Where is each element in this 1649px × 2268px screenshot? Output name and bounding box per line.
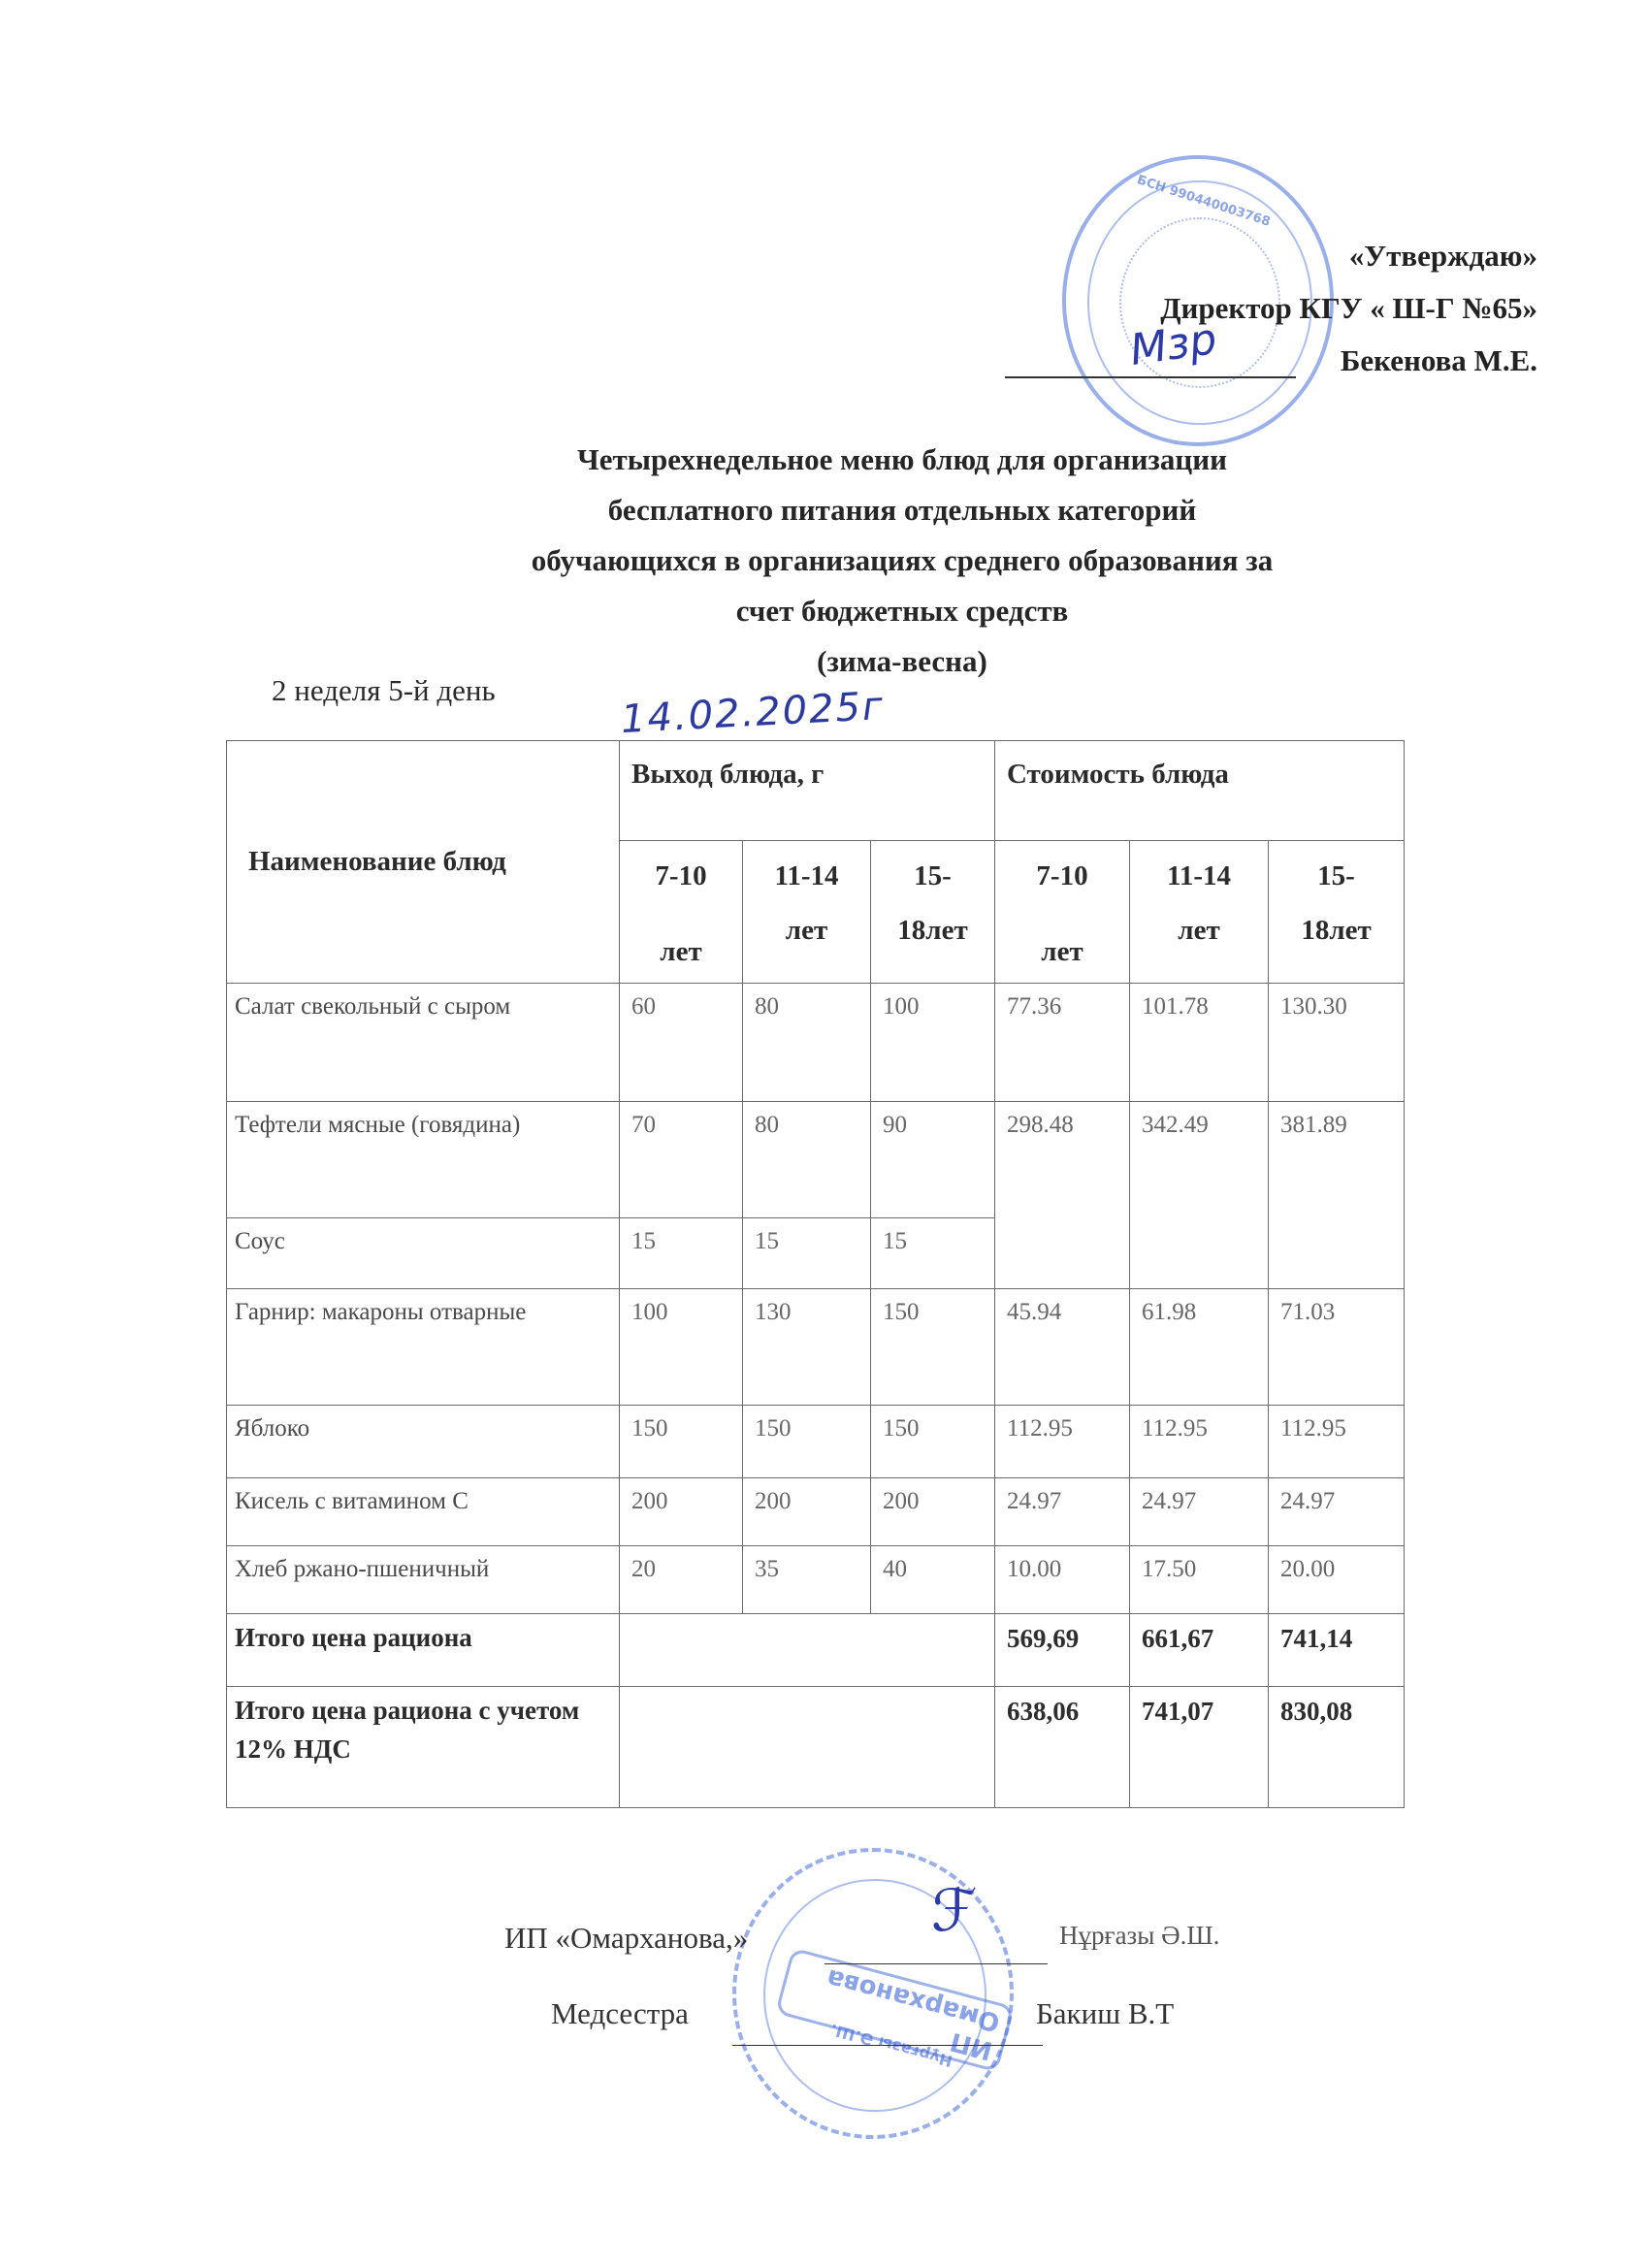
dish-cost: 101.78 (1130, 984, 1269, 1102)
age-unit: 18лет (1269, 903, 1404, 957)
dish-cost: 381.89 (1269, 1102, 1405, 1289)
age-range: 15- (871, 849, 994, 903)
week-day-label: 2 неделя 5-й день (272, 673, 496, 708)
approval-director-name: Бекенова М.Е. (1341, 345, 1537, 375)
document-title: Четырехнедельное меню блюд для организац… (369, 435, 1436, 687)
dish-yield: 70 (620, 1102, 743, 1218)
dish-yield: 35 (743, 1546, 871, 1614)
dish-yield: 60 (620, 984, 743, 1102)
supplier-signature: ℱ (931, 1877, 977, 1945)
dish-cost: 24.97 (1269, 1478, 1405, 1546)
header-age-5: 15-18лет (1269, 841, 1405, 984)
dish-yield: 130 (743, 1289, 871, 1406)
dish-name: Тефтели мясные (говядина) (227, 1102, 620, 1218)
dish-name: Гарнир: макароны отварные (227, 1289, 620, 1406)
age-unit: лет (620, 924, 742, 979)
dish-yield: 40 (871, 1546, 995, 1614)
director-signature-line (1005, 376, 1296, 378)
age-unit: 18лет (871, 903, 994, 957)
dish-cost: 71.03 (1269, 1289, 1405, 1406)
dish-name: Соус (227, 1218, 620, 1289)
table-row: Кисель с витамином С20020020024.9724.972… (227, 1478, 1405, 1546)
total-empty-cell (620, 1687, 995, 1808)
total-value: 638,06 (995, 1687, 1130, 1808)
supplier-representative: Нұрғазы Ә.Ш. (1059, 1921, 1219, 1951)
dish-yield: 150 (620, 1406, 743, 1478)
title-line: обучающихся в организациях среднего обра… (369, 535, 1436, 586)
supplier-label: ИП «Омарханова,» (504, 1921, 748, 1956)
dish-name: Хлеб ржано-пшеничный (227, 1546, 620, 1614)
dish-yield: 200 (743, 1478, 871, 1546)
dish-name: Кисель с витамином С (227, 1478, 620, 1546)
dish-cost: 20.00 (1269, 1546, 1405, 1614)
dish-yield: 150 (743, 1406, 871, 1478)
menu-table: Наименование блюд Выход блюда, г Стоимос… (226, 740, 1405, 1808)
age-unit: лет (743, 903, 870, 957)
header-age-0: 7-10лет (620, 841, 743, 984)
header-dish-name: Наименование блюд (227, 741, 620, 984)
total-row: Итого цена рациона569,69661,67741,14 (227, 1614, 1405, 1687)
title-line: счет бюджетных средств (369, 586, 1436, 636)
total-value: 830,08 (1269, 1687, 1405, 1808)
header-age-3: 7-10лет (995, 841, 1130, 984)
dish-cost: 112.95 (1130, 1406, 1269, 1478)
dish-cost: 24.97 (1130, 1478, 1269, 1546)
dish-cost: 342.49 (1130, 1102, 1269, 1289)
dish-cost: 112.95 (995, 1406, 1130, 1478)
title-line: Четырехнедельное меню блюд для организац… (369, 435, 1436, 485)
total-label: Итого цена рациона с учетом 12% НДС (227, 1687, 620, 1808)
dish-yield: 20 (620, 1546, 743, 1614)
age-range: 15- (1269, 849, 1404, 903)
age-range: 7-10 (995, 849, 1129, 903)
table-row: Яблоко150150150112.95112.95112.95 (227, 1406, 1405, 1478)
nurse-signature-line (732, 2045, 1043, 2046)
total-value: 661,67 (1130, 1614, 1269, 1687)
dish-yield: 80 (743, 1102, 871, 1218)
dish-cost: 298.48 (995, 1102, 1130, 1289)
age-range: 11-14 (1130, 849, 1268, 903)
dish-yield: 100 (620, 1289, 743, 1406)
dish-yield: 15 (620, 1218, 743, 1289)
dish-yield: 150 (871, 1406, 995, 1478)
dish-cost: 112.95 (1269, 1406, 1405, 1478)
age-range: 7-10 (620, 849, 742, 903)
handwritten-date: 14.02.2025г (620, 684, 886, 742)
dish-cost: 61.98 (1130, 1289, 1269, 1406)
total-row: Итого цена рациона с учетом 12% НДС638,0… (227, 1687, 1405, 1808)
age-unit: лет (995, 924, 1129, 979)
dish-cost: 130.30 (1269, 984, 1405, 1102)
total-value: 569,69 (995, 1614, 1130, 1687)
approval-position: Директор КГУ « Ш-Г №65» (1160, 293, 1537, 323)
age-range: 11-14 (743, 849, 870, 903)
dish-cost: 77.36 (995, 984, 1130, 1102)
age-unit: лет (1130, 903, 1268, 957)
title-line: (зима-весна) (369, 636, 1436, 687)
header-age-2: 15-18лет (871, 841, 995, 984)
dish-yield: 15 (743, 1218, 871, 1289)
dish-yield: 200 (620, 1478, 743, 1546)
dish-cost: 24.97 (995, 1478, 1130, 1546)
supplier-signature-line (824, 1963, 1048, 1964)
dish-yield: 200 (871, 1478, 995, 1546)
dish-cost: 45.94 (995, 1289, 1130, 1406)
total-empty-cell (620, 1614, 995, 1687)
nurse-label: Медсестра (551, 1996, 689, 2031)
title-line: бесплатного питания отдельных категорий (369, 485, 1436, 535)
table-row: Тефтели мясные (говядина)708090298.48342… (227, 1102, 1405, 1218)
dish-yield: 80 (743, 984, 871, 1102)
dish-cost: 17.50 (1130, 1546, 1269, 1614)
total-label: Итого цена рациона (227, 1614, 620, 1687)
approval-heading: «Утверждаю» (1349, 241, 1537, 271)
dish-yield: 100 (871, 984, 995, 1102)
table-row: Салат свекольный с сыром608010077.36101.… (227, 984, 1405, 1102)
table-row: Гарнир: макароны отварные10013015045.946… (227, 1289, 1405, 1406)
dish-cost: 10.00 (995, 1546, 1130, 1614)
header-cost: Стоимость блюда (995, 741, 1405, 841)
dish-name: Яблоко (227, 1406, 620, 1478)
total-value: 741,07 (1130, 1687, 1269, 1808)
header-yield: Выход блюда, г (620, 741, 995, 841)
dish-yield: 150 (871, 1289, 995, 1406)
dish-yield: 90 (871, 1102, 995, 1218)
dish-name: Салат свекольный с сыром (227, 984, 620, 1102)
header-age-1: 11-14лет (743, 841, 871, 984)
table-row: Хлеб ржано-пшеничный20354010.0017.5020.0… (227, 1546, 1405, 1614)
total-value: 741,14 (1269, 1614, 1405, 1687)
header-age-4: 11-14лет (1130, 841, 1269, 984)
dish-yield: 15 (871, 1218, 995, 1289)
nurse-name: Бакиш В.Т (1036, 1996, 1174, 2031)
